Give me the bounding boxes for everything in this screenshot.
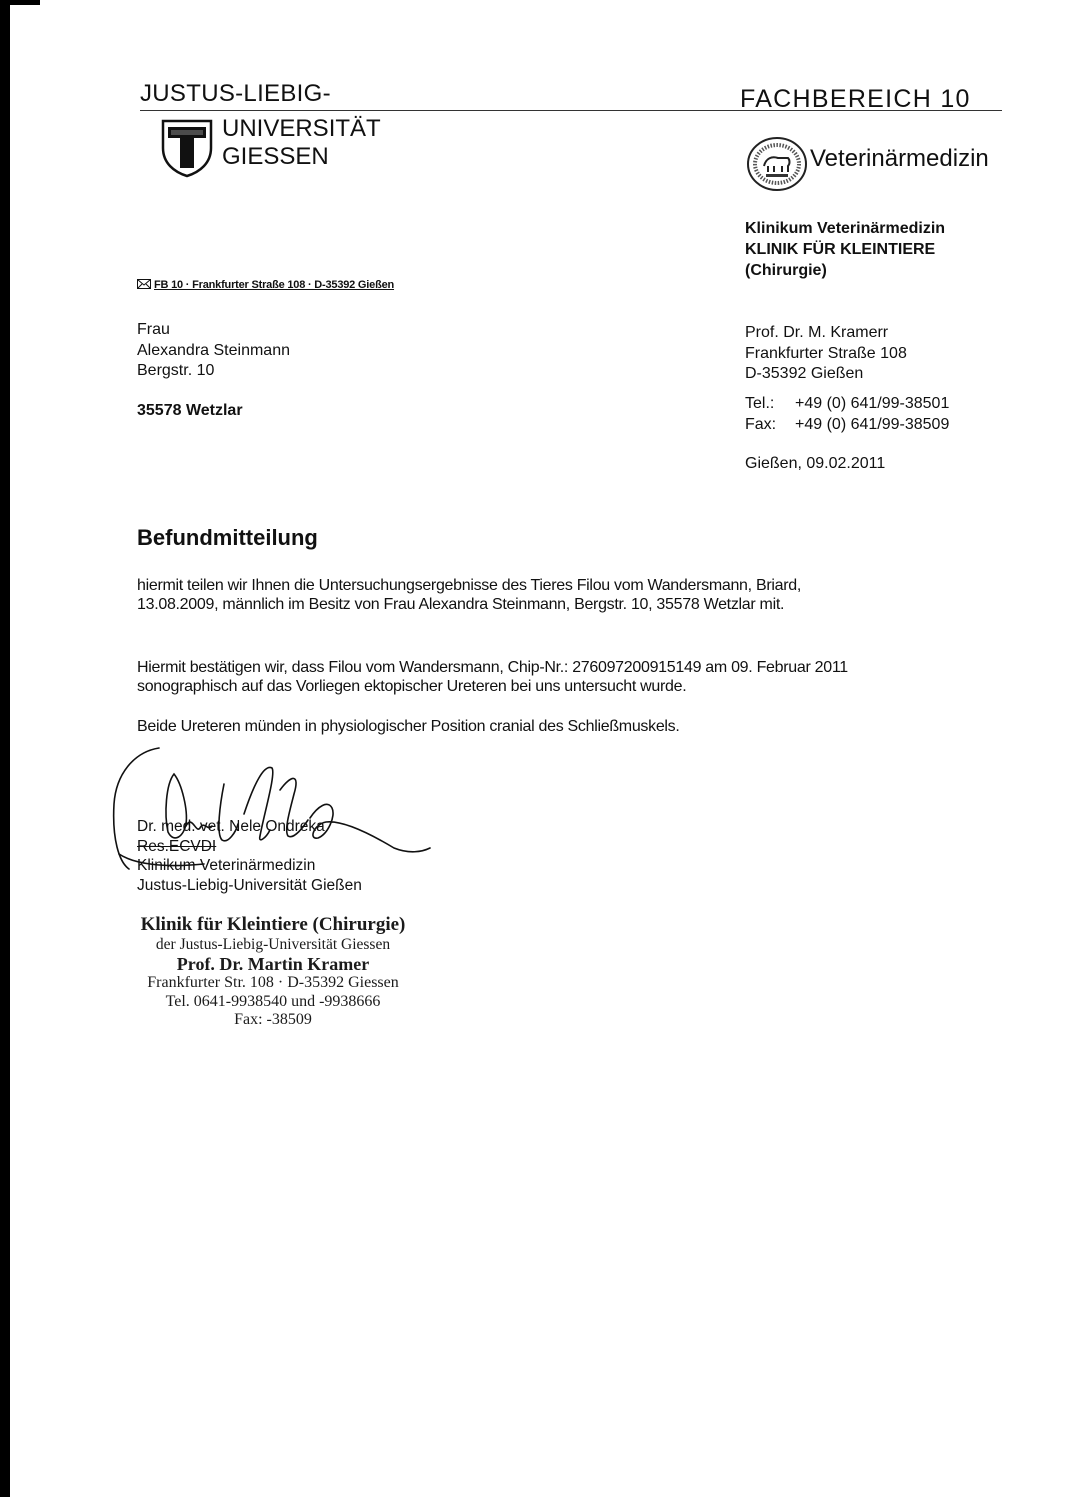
paragraph-1: hiermit teilen wir Ihnen die Untersuchun… — [137, 576, 801, 614]
department-title: FACHBEREICH 10 — [740, 85, 971, 114]
return-address: FB 10 · Frankfurter Straße 108 · D-35392… — [137, 279, 394, 291]
paragraph-2: Hiermit bestätigen wir, dass Filou vom W… — [137, 658, 848, 696]
stamp-phone: Tel. 0641-9938540 und -9938666 — [128, 993, 418, 1012]
fax-number: +49 (0) 641/99-38509 — [795, 416, 949, 433]
paragraph-1-line-2: 13.08.2009, männlich im Besitz von Frau … — [137, 595, 801, 614]
stamp-director: Prof. Dr. Martin Kramer — [128, 954, 418, 974]
clinic-line2: KLINIK FÜR KLEINTIERE — [745, 239, 945, 260]
letter-subject: Befundmitteilung — [137, 525, 318, 551]
stamp-clinic-name: Klinik für Kleintiere (Chirurgie) — [128, 914, 418, 936]
handwritten-signature — [104, 744, 434, 879]
paragraph-1-line-1: hiermit teilen wir Ihnen die Untersuchun… — [137, 576, 801, 595]
shield-t-icon — [160, 118, 214, 178]
university-name-line1: JUSTUS-LIEBIG- — [140, 80, 331, 108]
fax-label: Fax: — [745, 415, 795, 436]
faculty-name: Veterinärmedizin — [810, 145, 989, 173]
recipient-address: Frau Alexandra Steinmann Bergstr. 10 — [137, 320, 290, 382]
stamp-fax: Fax: -38509 — [128, 1011, 418, 1030]
stamp-university: der Justus-Liebig-Universität Giessen — [128, 936, 418, 954]
clinic-line3: (Chirurgie) — [745, 260, 945, 281]
sender-city: D-35392 Gießen — [745, 364, 907, 385]
tel-number: +49 (0) 641/99-38501 — [795, 395, 949, 412]
recipient-salutation: Frau — [137, 320, 290, 341]
sender-contact: Tel.:+49 (0) 641/99-38501 Fax:+49 (0) 64… — [745, 394, 949, 435]
recipient-street: Bergstr. 10 — [137, 361, 290, 382]
recipient-name: Alexandra Steinmann — [137, 341, 290, 362]
letter-date: Gießen, 09.02.2011 — [745, 455, 885, 473]
recipient-city: 35578 Wetzlar — [137, 402, 243, 420]
tel-label: Tel.: — [745, 394, 795, 415]
clinic-stamp: Klinik für Kleintiere (Chirurgie) der Ju… — [128, 914, 418, 1030]
university-name-line3: GIESSEN — [222, 143, 329, 171]
clinic-line1: Klinikum Veterinärmedizin — [745, 218, 945, 239]
scan-border-left — [0, 0, 10, 1497]
stamp-address: Frankfurter Str. 108 · D-35392 Giessen — [128, 974, 418, 993]
university-name-line2: UNIVERSITÄT — [222, 115, 381, 143]
sender-street: Frankfurter Straße 108 — [745, 344, 907, 365]
scan-border-top — [0, 0, 40, 5]
paragraph-2-line-1: Hiermit bestätigen wir, dass Filou vom W… — [137, 658, 848, 677]
envelope-icon — [137, 279, 151, 289]
sender-name: Prof. Dr. M. Kramerr — [745, 323, 907, 344]
paragraph-3: Beide Ureteren münden in physiologischer… — [137, 717, 680, 736]
clinic-heading: Klinikum Veterinärmedizin KLINIK FÜR KLE… — [745, 218, 945, 281]
return-address-text: FB 10 · Frankfurter Straße 108 · D-35392… — [154, 279, 394, 291]
sender-address: Prof. Dr. M. Kramerr Frankfurter Straße … — [745, 323, 907, 385]
veterinary-seal-icon — [746, 136, 808, 192]
paragraph-2-line-2: sonographisch auf das Vorliegen ektopisc… — [137, 677, 848, 696]
